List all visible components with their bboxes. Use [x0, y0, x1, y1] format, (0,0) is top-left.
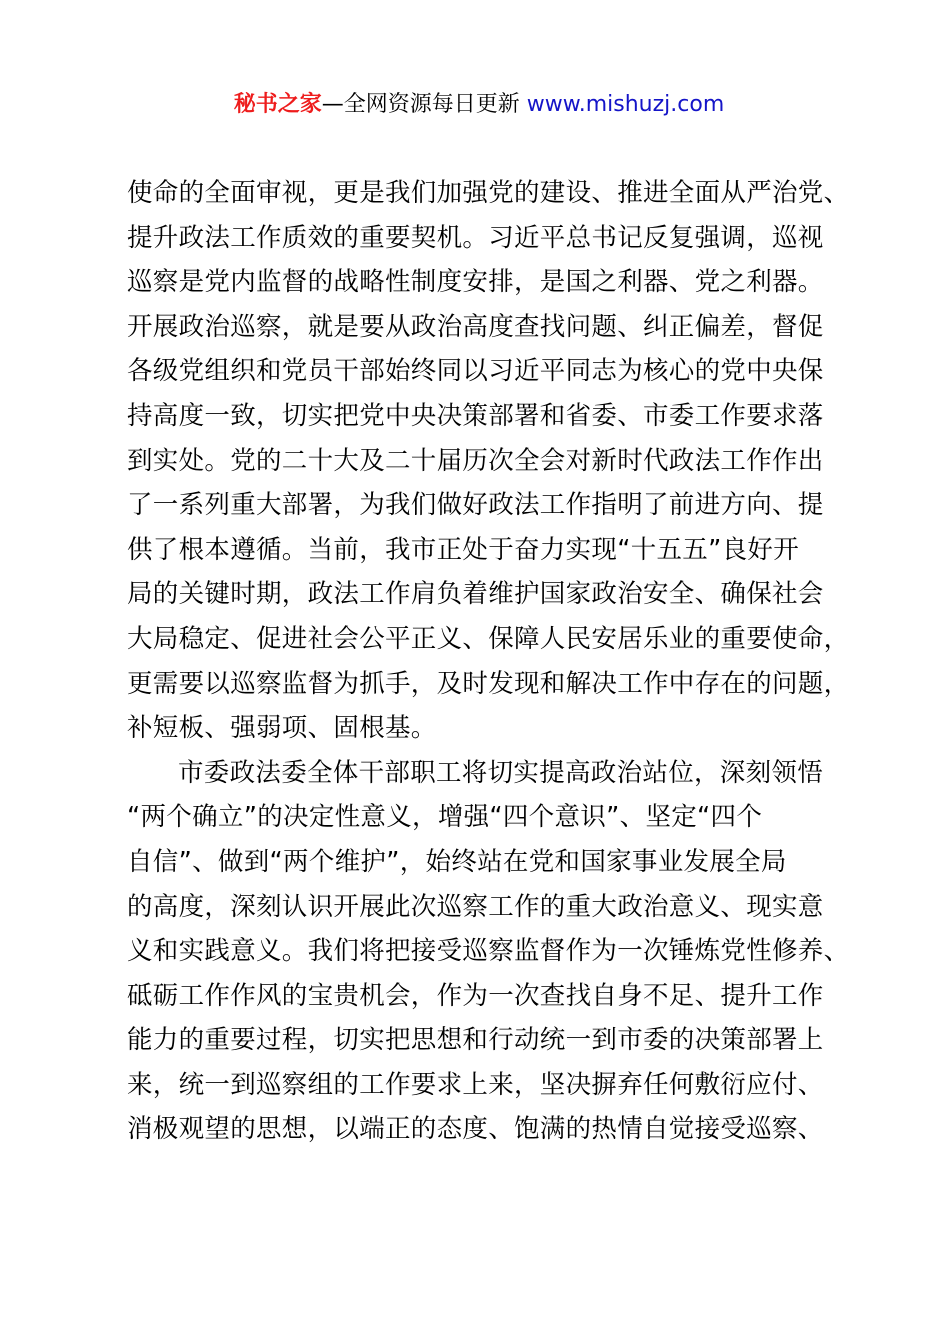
text-line: 提升政法工作质效的重要契机。习近平总书记反复强调，巡视 — [127, 216, 867, 261]
text-line: 自信”、做到“两个维护”，始终站在党和国家事业发展全局 — [127, 840, 867, 885]
text-line: 持高度一致，切实把党中央决策部署和省委、市委工作要求落 — [127, 394, 867, 439]
text-line: 的高度，深刻认识开展此次巡察工作的重大政治意义、现实意 — [127, 885, 867, 930]
text-line: 供了根本遵循。当前，我市正处于奋力实现“十五五”良好开 — [127, 528, 867, 573]
text-line: 消极观望的思想，以端正的态度、饱满的热情自觉接受巡察、 — [127, 1107, 867, 1152]
text-line: 局的关键时期，政法工作肩负着维护国家政治安全、确保社会 — [127, 572, 867, 617]
document-body: 使命的全面审视，更是我们加强党的建设、推进全面从严治党、 提升政法工作质效的重要… — [127, 171, 867, 1152]
text-line: 义和实践意义。我们将把接受巡察监督作为一次锤炼党性修养、 — [127, 929, 867, 974]
text-line: “两个确立”的决定性意义，增强“四个意识”、坚定“四个 — [127, 795, 867, 840]
text-line: 市委政法委全体干部职工将切实提高政治站位，深刻领悟 — [127, 751, 867, 796]
paragraph-2: 市委政法委全体干部职工将切实提高政治站位，深刻领悟 “两个确立”的决定性意义，增… — [127, 751, 867, 1152]
text-line: 到实处。党的二十大及二十届历次全会对新时代政法工作作出 — [127, 439, 867, 484]
text-line: 巡察是党内监督的战略性制度安排，是国之利器、党之利器。 — [127, 260, 867, 305]
paragraph-1: 使命的全面审视，更是我们加强党的建设、推进全面从严治党、 提升政法工作质效的重要… — [127, 171, 867, 751]
text-line: 大局稳定、促进社会公平正义、保障人民安居乐业的重要使命， — [127, 617, 867, 662]
site-header: 秘书之家—全网资源每日更新 www.mishuzj.com — [0, 88, 950, 122]
text-line: 来，统一到巡察组的工作要求上来，坚决摒弃任何敷衍应付、 — [127, 1063, 867, 1108]
text-line: 能力的重要过程，切实把思想和行动统一到市委的决策部署上 — [127, 1018, 867, 1063]
site-url-link[interactable]: www.mishuzj.com — [527, 92, 724, 117]
text-line: 各级党组织和党员干部始终同以习近平同志为核心的党中央保 — [127, 349, 867, 394]
text-line: 开展政治巡察，就是要从政治高度查找问题、纠正偏差，督促 — [127, 305, 867, 350]
text-line: 更需要以巡察监督为抓手，及时发现和解决工作中存在的问题， — [127, 662, 867, 707]
text-line: 使命的全面审视，更是我们加强党的建设、推进全面从严治党、 — [127, 171, 867, 216]
header-tagline: —全网资源每日更新 — [322, 92, 527, 117]
text-line: 补短板、强弱项、固根基。 — [127, 706, 867, 751]
text-line: 砥砺工作作风的宝贵机会，作为一次查找自身不足、提升工作 — [127, 974, 867, 1019]
text-line: 了一系列重大部署，为我们做好政法工作指明了前进方向、提 — [127, 483, 867, 528]
brand-name: 秘书之家 — [234, 92, 322, 117]
